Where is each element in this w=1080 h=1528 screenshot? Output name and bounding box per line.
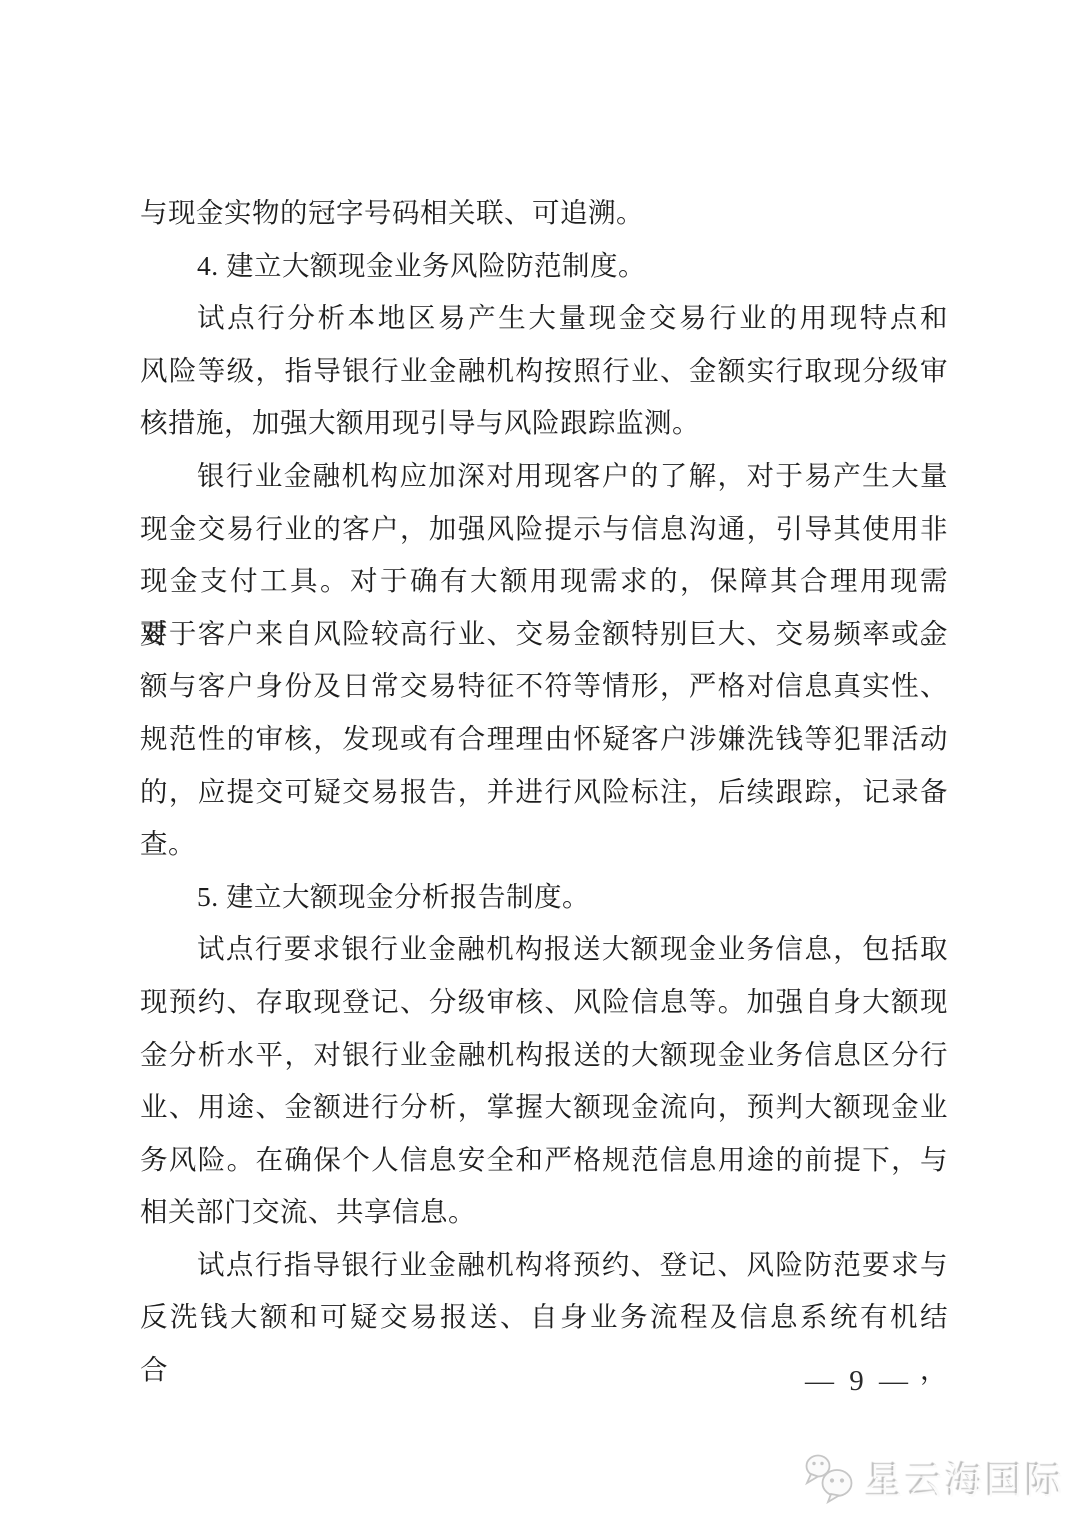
text-line: 核措施，加强大额用现引导与风险跟踪监测。 — [140, 397, 948, 450]
text-line: 试点行要求银行业金融机构报送大额现金业务信息，包括取 — [140, 923, 948, 976]
text-line: 风险等级，指导银行业金融机构按照行业、金额实行取现分级审 — [140, 345, 948, 398]
document-page: 与现金实物的冠字号码相关联、可追溯。 4. 建立大额现金业务风险防范制度。 试点… — [0, 0, 1080, 1528]
text-line: 现预约、存取现登记、分级审核、风险信息等。加强自身大额现 — [140, 976, 948, 1029]
text-line: 试点行分析本地区易产生大量现金交易行业的用现特点和 — [140, 292, 948, 345]
text-line: 试点行指导银行业金融机构将预约、登记、风险防范要求与 — [140, 1239, 948, 1292]
watermark: 星云海国际 — [802, 1446, 1066, 1510]
text-line-heading-4: 4. 建立大额现金业务风险防范制度。 — [140, 240, 948, 293]
text-line: 与现金实物的冠字号码相关联、可追溯。 — [140, 187, 948, 240]
text-line: 现金交易行业的客户，加强风险提示与信息沟通，引导其使用非 — [140, 503, 948, 556]
page-number: — 9 — — [805, 1358, 912, 1404]
text-line: 银行业金融机构应加深对用现客户的了解，对于易产生大量 — [140, 450, 948, 503]
wechat-icon — [802, 1452, 858, 1504]
text-line: 相关部门交流、共享信息。 — [140, 1186, 948, 1239]
text-line: 现金支付工具。对于确有大额用现需求的，保障其合理用现需要。 — [140, 555, 948, 608]
text-line: 反洗钱大额和可疑交易报送、自身业务流程及信息系统有机结合， — [140, 1291, 948, 1344]
text-line: 务风险。在确保个人信息安全和严格规范信息用途的前提下，与 — [140, 1134, 948, 1187]
text-line: 金分析水平，对银行业金融机构报送的大额现金业务信息区分行 — [140, 1029, 948, 1082]
text-line: 的，应提交可疑交易报告，并进行风险标注，后续跟踪，记录备 — [140, 766, 948, 819]
text-line: 查。 — [140, 818, 948, 871]
watermark-text: 星云海国际 — [866, 1451, 1066, 1505]
text-line-heading-5: 5. 建立大额现金分析报告制度。 — [140, 871, 948, 924]
body-text: 与现金实物的冠字号码相关联、可追溯。 4. 建立大额现金业务风险防范制度。 试点… — [140, 187, 948, 1344]
text-line: 对于客户来自风险较高行业、交易金额特别巨大、交易频率或金 — [140, 608, 948, 661]
text-line: 额与客户身份及日常交易特征不符等情形，严格对信息真实性、 — [140, 660, 948, 713]
text-line: 业、用途、金额进行分析，掌握大额现金流向，预判大额现金业 — [140, 1081, 948, 1134]
text-line: 规范性的审核，发现或有合理理由怀疑客户涉嫌洗钱等犯罪活动 — [140, 713, 948, 766]
